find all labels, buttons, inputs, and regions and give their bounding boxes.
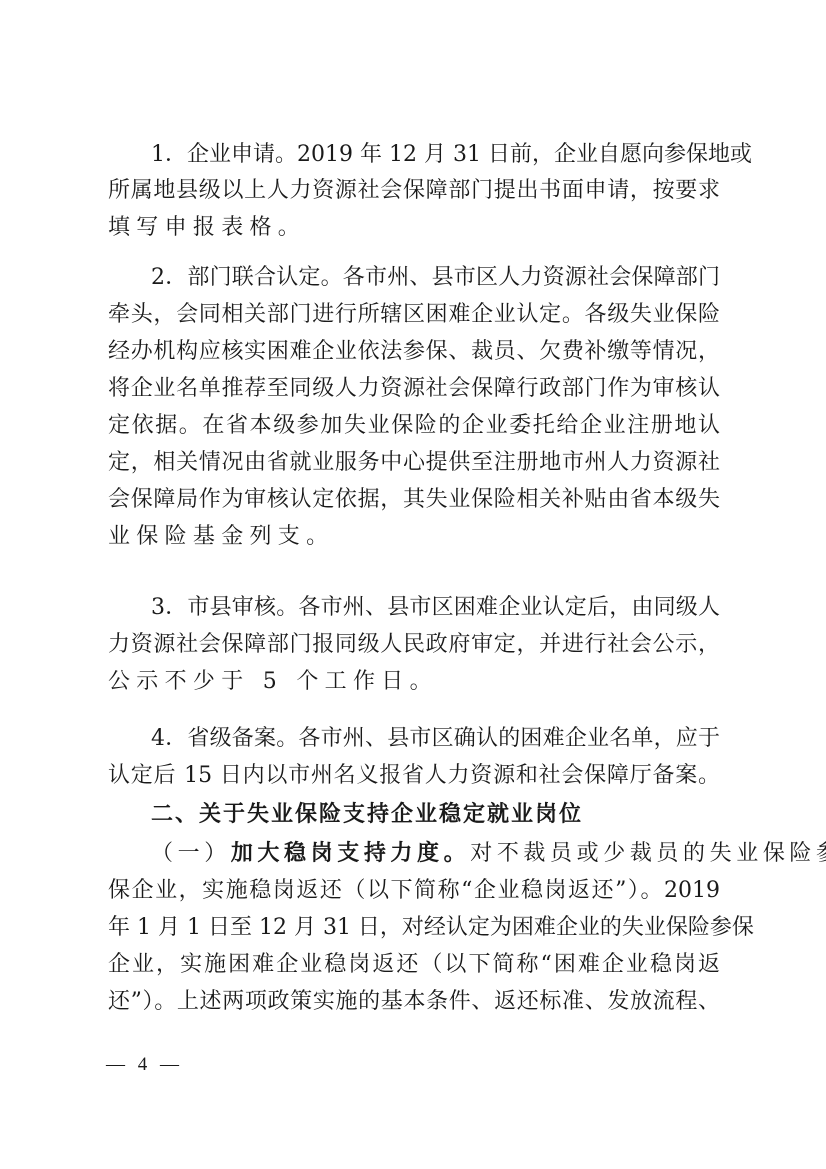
subsection-1-line-1: （一）加大稳岗支持力度。对不裁员或少裁员的失业保险参 bbox=[151, 836, 720, 872]
paragraph-2-line-1: 2．部门联合认定。各市州、县市区人力资源社会保障部门 bbox=[151, 260, 720, 296]
subsection-text: 对不裁员或少裁员的失业保险参 bbox=[470, 841, 826, 866]
paragraph-2-line-5: 定依据。在省本级参加失业保险的企业委托给企业注册地认 bbox=[108, 408, 720, 444]
subsection-1-line-5: 还”）。上述两项政策实施的基本条件、返还标准、发放流程、 bbox=[108, 984, 720, 1020]
section-heading: 二、关于失业保险支持企业稳定就业岗位 bbox=[151, 797, 720, 833]
paragraph-2-line-2: 牵头，会同相关部门进行所辖区困难企业认定。各级失业保险 bbox=[108, 297, 720, 333]
paragraph-4-line-1: 4．省级备案。各市州、县市区确认的困难企业名单，应于 bbox=[151, 721, 720, 757]
paragraph-4-line-2: 认定后 15 日内以市州名义报省人力资源和社会保障厅备案。 bbox=[108, 758, 720, 794]
paragraph-2-line-8: 业保险基金列支。 bbox=[108, 519, 720, 555]
document-page: 1．企业申请。2019 年 12 月 31 日前，企业自愿向参保地或 所属地县级… bbox=[0, 0, 826, 1169]
paragraph-2-line-3: 经办机构应核实困难企业依法参保、裁员、欠费补缴等情况， bbox=[108, 334, 720, 370]
paragraph-3-line-3: 公示不少于 5 个工作日。 bbox=[108, 664, 720, 700]
paragraph-1-line-1: 1．企业申请。2019 年 12 月 31 日前，企业自愿向参保地或 bbox=[151, 137, 720, 173]
paragraph-2-line-6: 定，相关情况由省就业服务中心提供至注册地市州人力资源社 bbox=[108, 445, 720, 481]
paragraph-2-line-7: 会保障局作为审核认定依据，其失业保险相关补贴由省本级失 bbox=[108, 482, 720, 518]
paragraph-2-line-4: 将企业名单推荐至同级人力资源社会保障行政部门作为审核认 bbox=[108, 371, 720, 407]
paragraph-1-line-2: 所属地县级以上人力资源社会保障部门提出书面申请，按要求 bbox=[108, 173, 720, 209]
paragraph-1-line-3: 填写申报表格。 bbox=[108, 210, 720, 246]
subsection-1-line-2: 保企业，实施稳岗返还（以下简称“企业稳岗返还”）。2019 bbox=[108, 873, 720, 909]
subsection-1-line-3: 年 1 月 1 日至 12 月 31 日，对经认定为困难企业的失业保险参保 bbox=[108, 910, 720, 946]
subsection-1-line-4: 企业，实施困难企业稳岗返还（以下简称“困难企业稳岗返 bbox=[108, 947, 720, 983]
paragraph-3-line-1: 3．市县审核。各市州、县市区困难企业认定后，由同级人 bbox=[151, 590, 720, 626]
paragraph-3-line-2: 力资源社会保障部门报同级人民政府审定，并进行社会公示， bbox=[108, 627, 720, 663]
page-number: — 4 — bbox=[106, 1053, 183, 1077]
subsection-title: 加大稳岗支持力度。 bbox=[231, 841, 470, 866]
subsection-number: （一） bbox=[151, 841, 231, 866]
